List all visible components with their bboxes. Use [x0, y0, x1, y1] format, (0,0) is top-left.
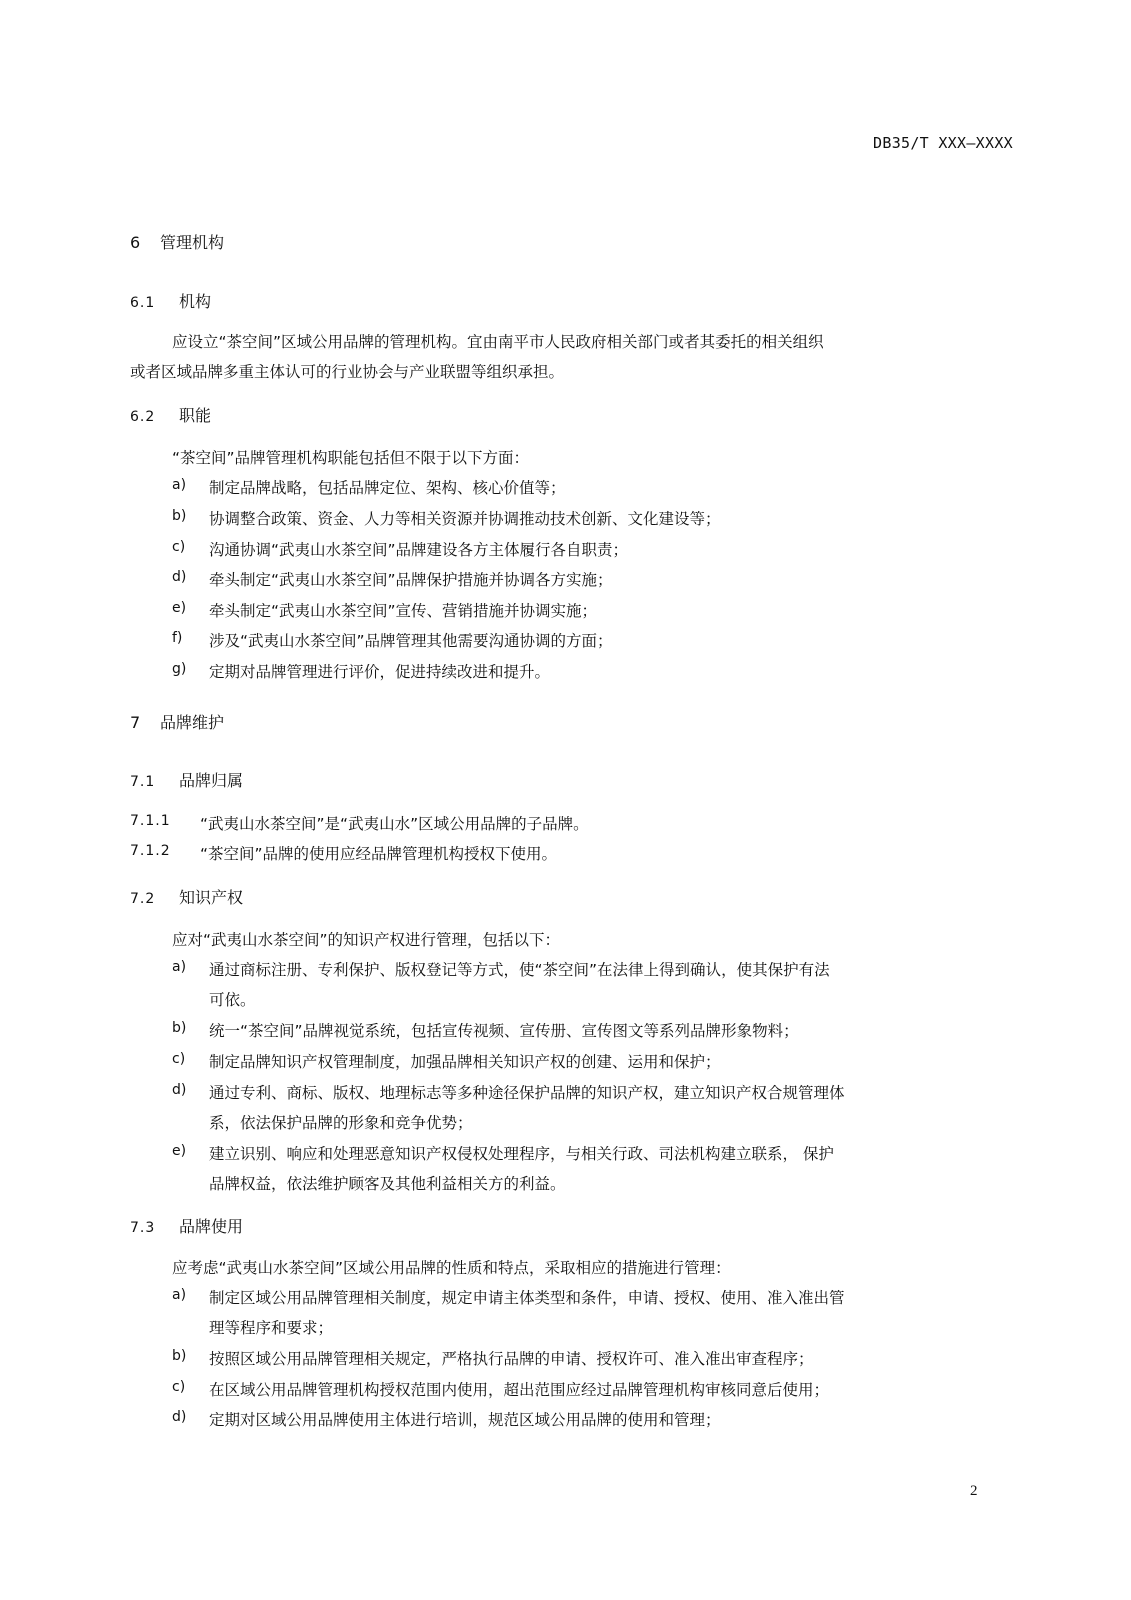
section-number: 6.2	[130, 409, 179, 425]
list-item-label: a)	[172, 959, 186, 975]
list-item-text: 制定区域公用品牌管理相关制度，规定申请主体类型和条件，申请、授权、使用、准入准出…	[209, 1286, 845, 1308]
list-item-label: e)	[172, 600, 186, 616]
paragraph-7-3-intro: 应考虑“武夷山水茶空间”区域公用品牌的性质和特点，采取相应的措施进行管理：	[172, 1256, 731, 1278]
list-item-text: 通过专利、商标、版权、地理标志等多种途径保护品牌的知识产权，建立知识产权合规管理…	[209, 1081, 845, 1103]
list-item-label: b)	[172, 1348, 186, 1364]
list-item-label: b)	[172, 1020, 186, 1036]
list-item-label: g)	[172, 661, 186, 677]
list-item-text: 定期对品牌管理进行评价，促进持续改进和提升。	[209, 660, 550, 682]
section-6-2-heading: 6.2职能	[130, 403, 211, 426]
section-title: 品牌归属	[179, 771, 243, 790]
paragraph-6-1-line1: 应设立“茶空间”区域公用品牌的管理机构。宜由南平市人民政府相关部门或者其委托的相…	[172, 330, 824, 352]
section-title: 品牌维护	[160, 713, 224, 732]
list-item-text-continued: 可依。	[209, 988, 256, 1010]
list-item-label: d)	[172, 1082, 186, 1098]
section-title: 职能	[179, 406, 211, 425]
section-number: 7	[130, 713, 160, 732]
clause-text: “武夷山水茶空间”是“武夷山水”区域公用品牌的子品牌。	[200, 812, 589, 834]
section-title: 管理机构	[160, 233, 224, 252]
list-item-label: b)	[172, 508, 186, 524]
section-number: 6	[130, 233, 160, 252]
section-number: 7.1	[130, 774, 179, 790]
list-item-label: d)	[172, 1409, 186, 1425]
section-7-3-heading: 7.3品牌使用	[130, 1214, 243, 1237]
list-item-text: 定期对区域公用品牌使用主体进行培训，规范区域公用品牌的使用和管理；	[209, 1408, 721, 1430]
list-item-label: c)	[172, 539, 185, 555]
list-item-label: e)	[172, 1143, 186, 1159]
page-number: 2	[970, 1483, 978, 1500]
list-item-text-continued: 品牌权益，依法维护顾客及其他利益相关方的利益。	[209, 1172, 566, 1194]
list-item-label: a)	[172, 1287, 186, 1303]
list-item-text-continued: 系，依法保护品牌的形象和竞争优势；	[209, 1111, 473, 1133]
document-page: DB35/T XXX—XXXX 6管理机构 6.1机构 应设立“茶空间”区域公用…	[0, 0, 1131, 1600]
section-title: 机构	[179, 292, 211, 311]
clause-text: “茶空间”品牌的使用应经品牌管理机构授权下使用。	[200, 842, 557, 864]
section-7-heading: 7品牌维护	[130, 710, 224, 733]
section-7-2-heading: 7.2知识产权	[130, 885, 243, 908]
paragraph-7-2-intro: 应对“武夷山水茶空间”的知识产权进行管理，包括以下：	[172, 928, 560, 950]
list-item-text: 按照区域公用品牌管理相关规定，严格执行品牌的申请、授权许可、准入准出审查程序；	[209, 1347, 814, 1369]
list-item-text-continued: 理等程序和要求；	[209, 1316, 333, 1338]
list-item-text: 沟通协调“武夷山水茶空间”品牌建设各方主体履行各自职责；	[209, 538, 628, 560]
section-title: 品牌使用	[179, 1217, 243, 1236]
section-number: 7.3	[130, 1220, 179, 1236]
list-item-label: d)	[172, 569, 186, 585]
clause-number: 7.1.1	[130, 813, 171, 829]
list-item-label: c)	[172, 1051, 185, 1067]
list-item-label: c)	[172, 1379, 185, 1395]
list-item-label: f)	[172, 630, 182, 646]
paragraph-6-2-intro: “茶空间”品牌管理机构职能包括但不限于以下方面：	[172, 446, 529, 468]
section-6-1-heading: 6.1机构	[130, 289, 211, 312]
list-item-text: 建立识别、响应和处理恶意知识产权侵权处理程序，与相关行政、司法机构建立联系， 保…	[209, 1142, 834, 1164]
list-item-text: 统一“茶空间”品牌视觉系统，包括宣传视频、宣传册、宣传图文等系列品牌形象物料；	[209, 1019, 799, 1041]
document-code: DB35/T XXX—XXXX	[873, 134, 1013, 152]
list-item-text: 制定品牌战略，包括品牌定位、架构、核心价值等；	[209, 476, 566, 498]
list-item-text: 在区域公用品牌管理机构授权范围内使用，超出范围应经过品牌管理机构审核同意后使用；	[209, 1378, 829, 1400]
list-item-label: a)	[172, 477, 186, 493]
section-6-heading: 6管理机构	[130, 230, 224, 253]
list-item-text: 制定品牌知识产权管理制度，加强品牌相关知识产权的创建、运用和保护；	[209, 1050, 721, 1072]
section-number: 7.2	[130, 891, 179, 907]
list-item-text: 牵头制定“武夷山水茶空间”宣传、营销措施并协调实施；	[209, 599, 597, 621]
paragraph-6-1-line2: 或者区域品牌多重主体认可的行业协会与产业联盟等组织承担。	[130, 360, 564, 382]
list-item-text: 协调整合政策、资金、人力等相关资源并协调推动技术创新、文化建设等；	[209, 507, 721, 529]
section-title: 知识产权	[179, 888, 243, 907]
list-item-text: 牵头制定“武夷山水茶空间”品牌保护措施并协调各方实施；	[209, 568, 613, 590]
list-item-text: 通过商标注册、专利保护、版权登记等方式，使“茶空间”在法律上得到确认，使其保护有…	[209, 958, 830, 980]
section-number: 6.1	[130, 295, 179, 311]
clause-number: 7.1.2	[130, 843, 171, 859]
list-item-text: 涉及“武夷山水茶空间”品牌管理其他需要沟通协调的方面；	[209, 629, 613, 651]
section-7-1-heading: 7.1品牌归属	[130, 768, 243, 791]
